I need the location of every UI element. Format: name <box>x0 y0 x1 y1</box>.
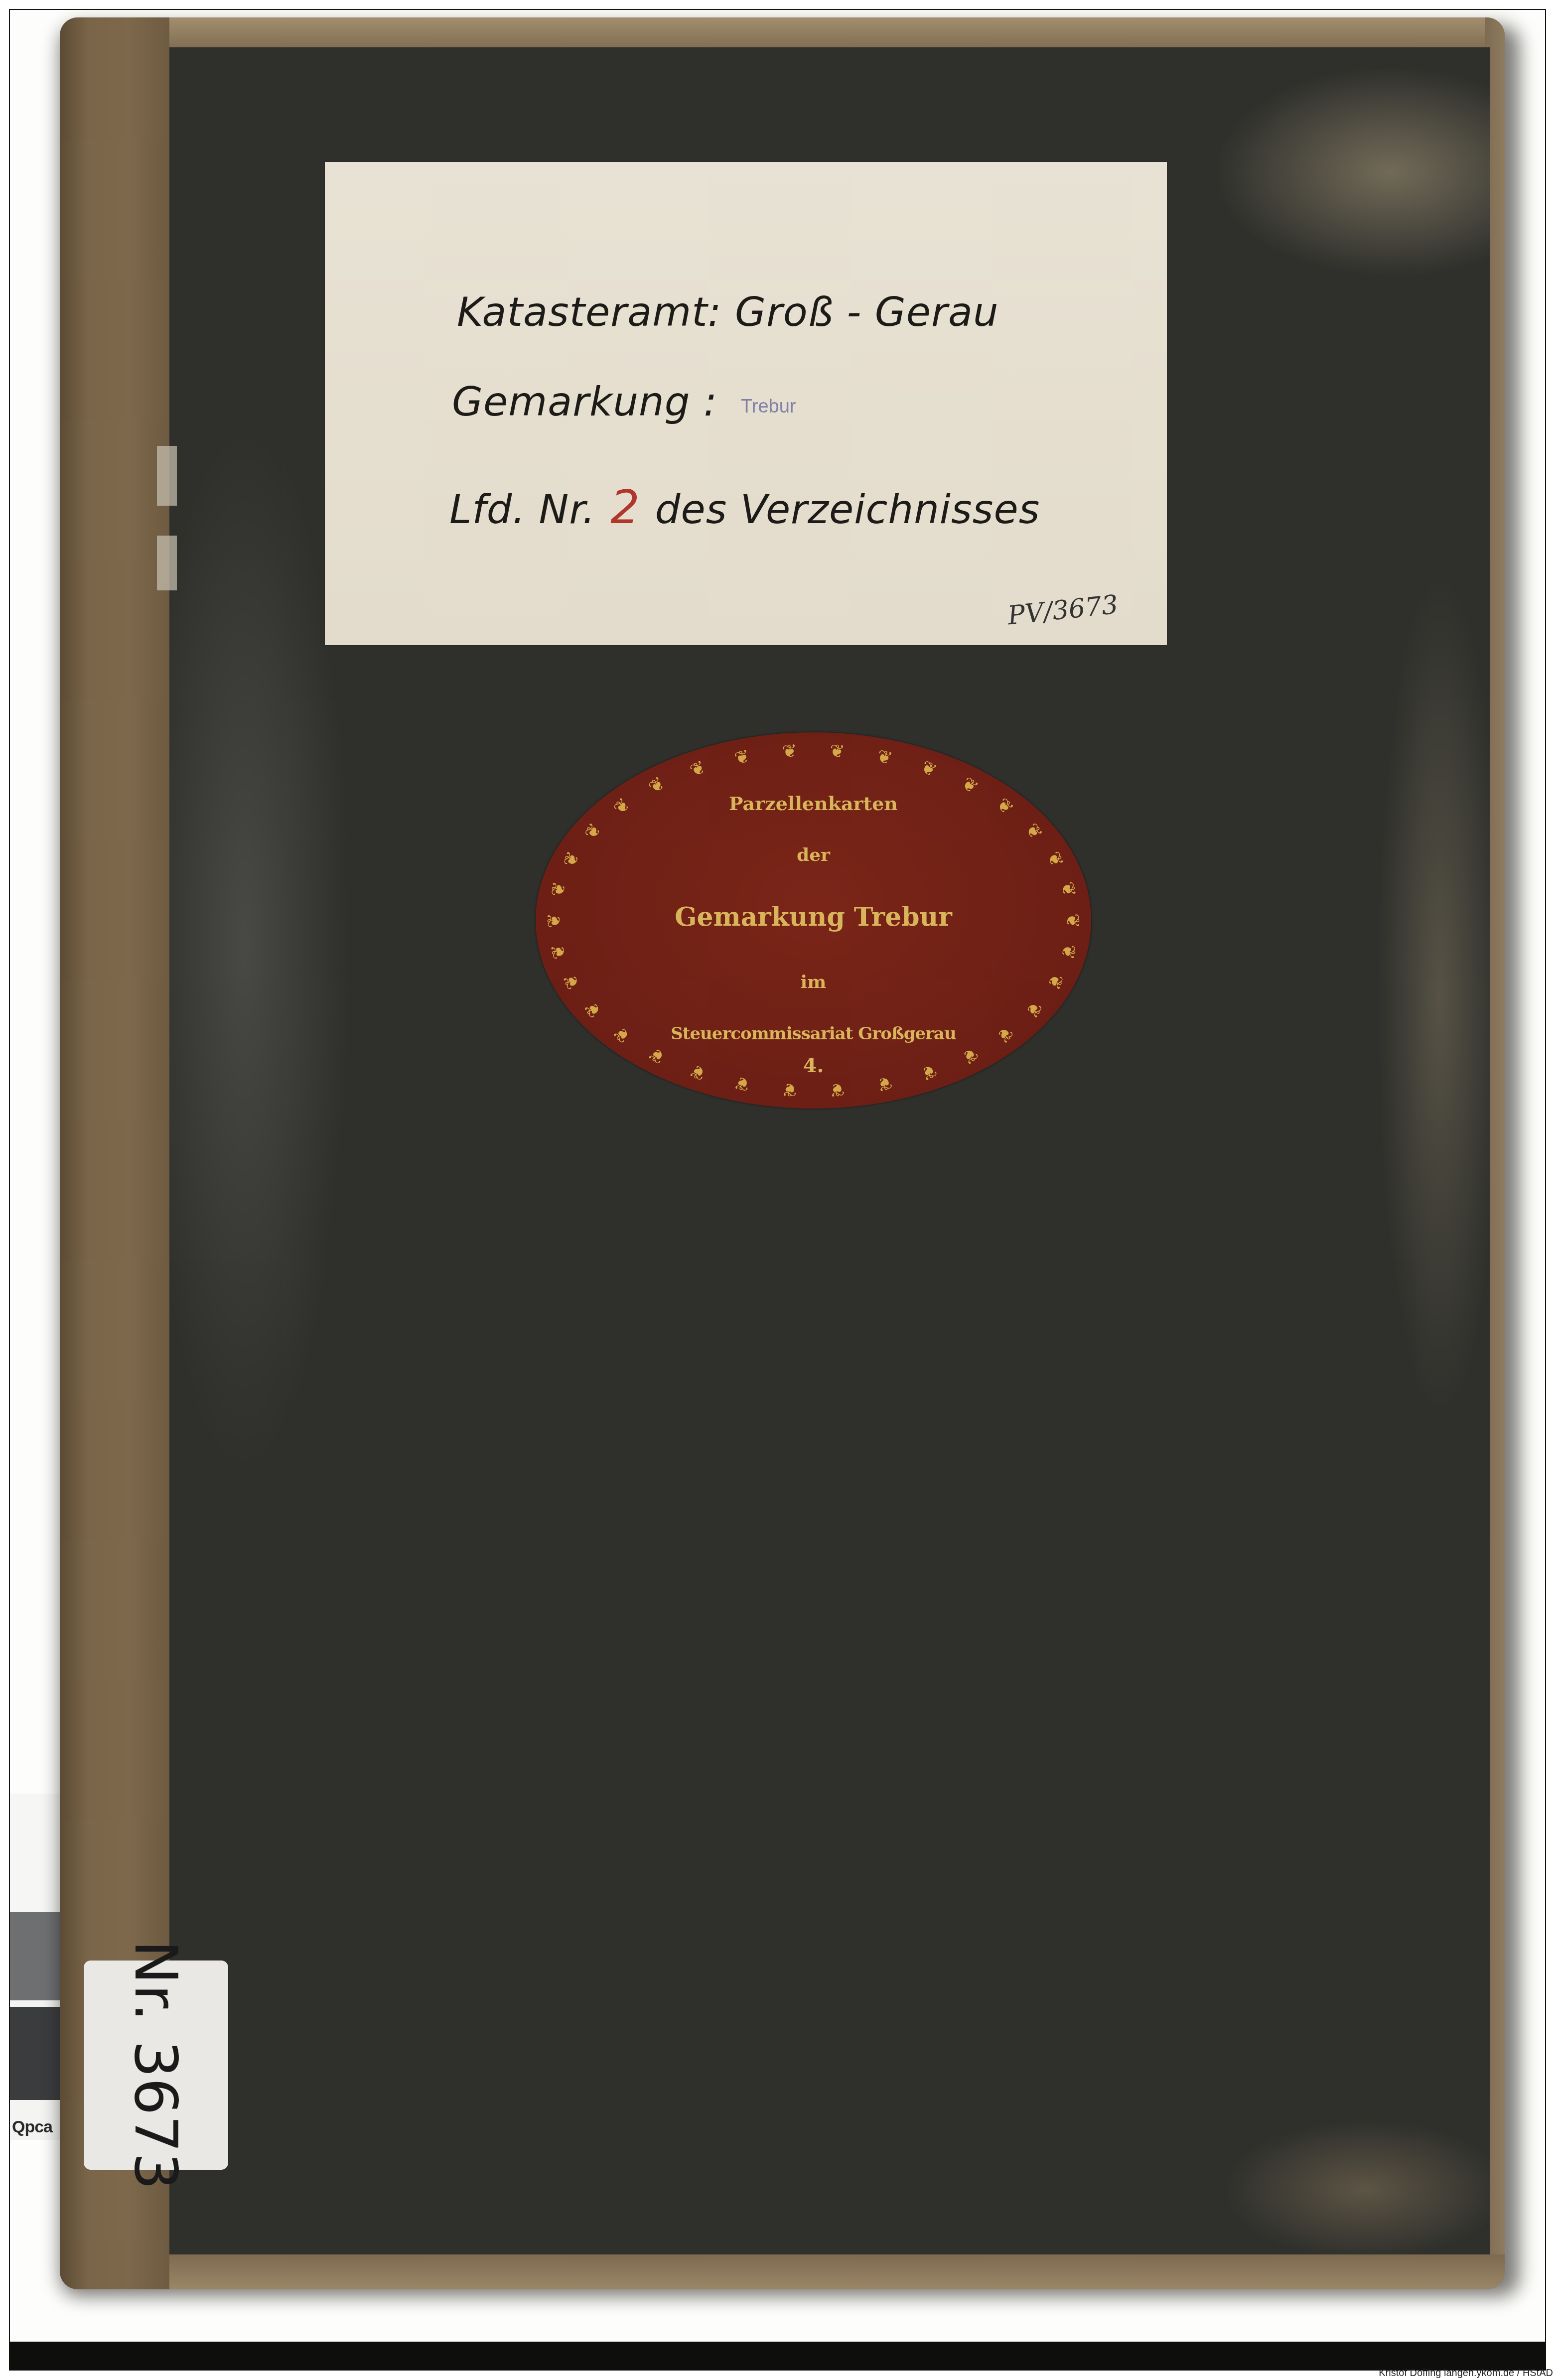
gold-ornament-icon: ❦ <box>685 756 711 783</box>
gold-ornament-icon: ❦ <box>872 745 896 770</box>
gold-ornament-icon: ❦ <box>1020 818 1047 845</box>
gold-ornament-icon: ❦ <box>579 818 607 845</box>
lfd-nr-suffix: des Verzeichnisses <box>655 486 1040 533</box>
paper-label: Katasteramt: Groß - Gerau Gemarkung : Tr… <box>325 162 1167 645</box>
gold-ornament-icon: ❦ <box>827 741 849 763</box>
gold-ornament-icon: ❦ <box>779 741 801 763</box>
spine-wear-mark <box>157 446 177 506</box>
color-target-brand: Qpca <box>12 2117 52 2137</box>
gold-ornament-icon: ❦ <box>579 996 607 1023</box>
gemarkung-stamp: Trebur <box>741 396 796 418</box>
gold-ornament-icon: ❦ <box>779 1078 801 1100</box>
lfd-nr-prefix: Lfd. Nr. <box>449 486 595 533</box>
oval-line-der: der <box>536 844 1091 865</box>
gold-ornament-icon: ❦ <box>730 745 755 770</box>
gold-ornament-icon: ❦ <box>827 1078 849 1100</box>
oval-title-label: Parzellenkarten der Gemarkung Trebur im … <box>536 732 1091 1109</box>
spine-sticker: Nr. 3673 <box>84 1960 228 2170</box>
lfd-nr-number: 2 <box>610 481 640 534</box>
gold-ornament-icon: ❦ <box>1056 878 1080 901</box>
gold-ornament-icon: ❦ <box>1020 996 1047 1023</box>
oval-line-im: im <box>536 972 1091 992</box>
photo-credit: Kristof Doffing langen.ykom.de / HStAD <box>1379 2368 1553 2379</box>
scan-bottom-bar <box>9 2342 1546 2371</box>
lfd-nr-line: Lfd. Nr.2des Verzeichnisses <box>449 481 1040 534</box>
katasteramt-line: Katasteramt: Groß - Gerau <box>457 289 999 335</box>
oval-line-number: 4. <box>536 1054 1091 1077</box>
gold-ornament-icon: ❦ <box>548 878 571 901</box>
gold-ornament-icon: ❦ <box>1062 911 1082 931</box>
gold-ornament-icon: ❦ <box>545 911 565 931</box>
cover-bottom-edge <box>169 2254 1505 2289</box>
gold-ornament-icon: ❦ <box>915 756 942 783</box>
gemarkung-line: Gemarkung : <box>452 379 717 425</box>
oval-line-gemarkung: Gemarkung Trebur <box>536 902 1091 932</box>
gold-ornament-icon: ❦ <box>548 940 571 964</box>
pencil-note: PV/3673 <box>1006 590 1119 631</box>
spine-wear-mark <box>157 536 177 590</box>
gold-ornament-icon: ❦ <box>1056 940 1080 964</box>
spine-sticker-number: Nr. 3673 <box>122 1940 190 2190</box>
